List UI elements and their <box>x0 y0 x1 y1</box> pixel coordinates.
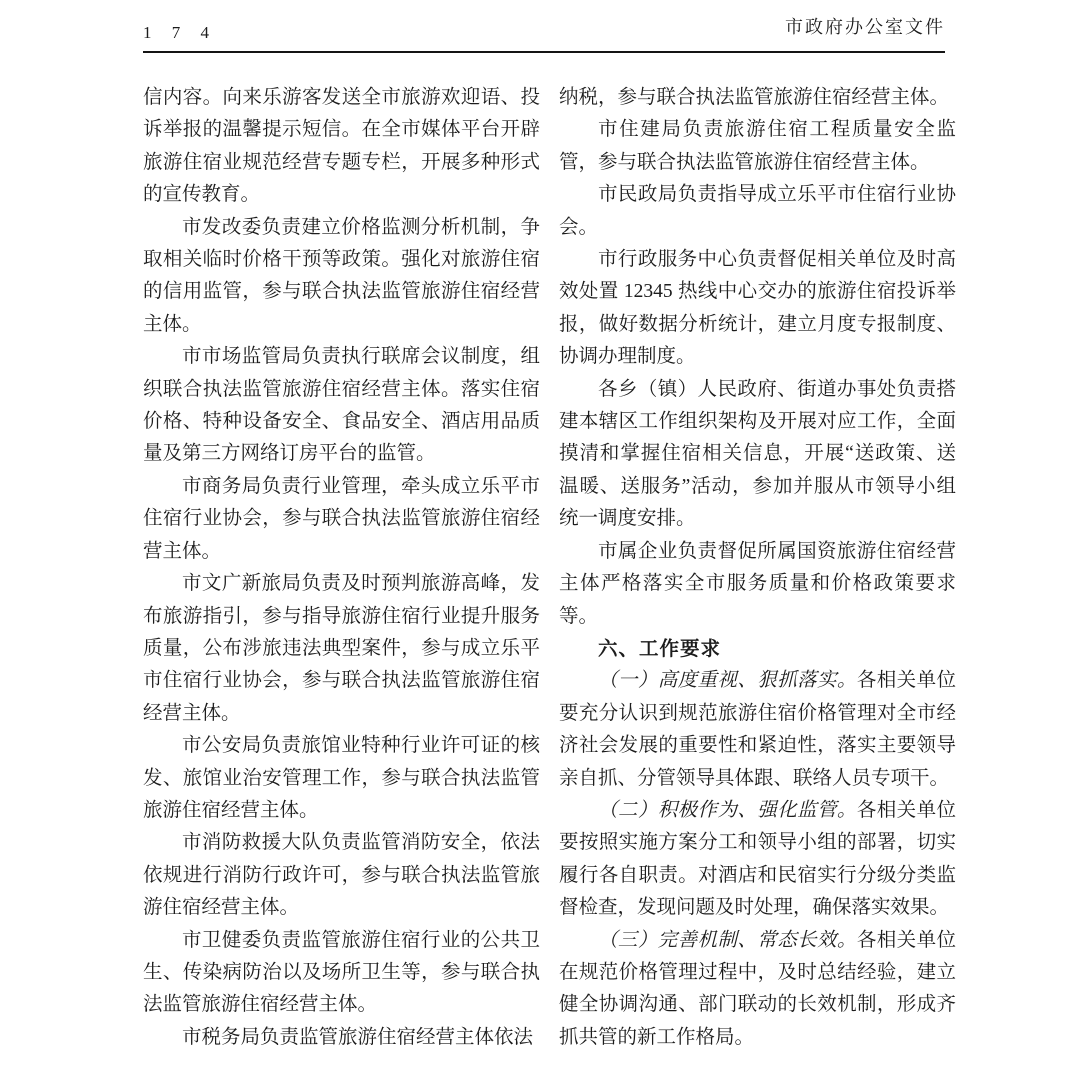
paragraph-requirement-1: （一）高度重视、狠抓落实。各相关单位要充分认识到规范旅游住宿价格管理对全市经济社… <box>559 665 956 795</box>
requirement-2-lead: （二）积极作为、强化监管。 <box>598 800 857 821</box>
paragraph-shangwuju: 市商务局负责行业管理，牵头成立乐平市住宿行业协会，参与联合执法监管旅游住宿经营主… <box>143 471 540 568</box>
page-header: 1 7 4 市政府办公室文件 <box>143 18 945 44</box>
left-column: 信内容。向来乐游客发送全市旅游欢迎语、投诉举报的温馨提示短信。在全市媒体平台开辟… <box>143 82 540 1054</box>
paragraph-requirement-2: （二）积极作为、强化监管。各相关单位要按照实施方案分工和领导小组的部署，切实履行… <box>559 795 956 925</box>
paragraph-gonganju: 市公安局负责旅馆业特种行业许可证的核发、旅馆业治安管理工作，参与联合执法监管旅游… <box>143 730 540 827</box>
paragraph-requirement-3: （三）完善机制、常态长效。各相关单位在规范价格管理过程中，及时总结经验，建立健全… <box>559 925 956 1055</box>
page-number: 1 7 4 <box>143 24 217 44</box>
paragraph-shichangjianguanju: 市市场监管局负责执行联席会议制度，组织联合执法监管旅游住宿经营主体。落实住宿价格… <box>143 341 540 471</box>
paragraph-minzhengju: 市民政局负责指导成立乐平市住宿行业协会。 <box>559 179 956 244</box>
header-rule <box>143 51 945 53</box>
paragraph-shuiwuju-end: 纳税，参与联合执法监管旅游住宿经营主体。 <box>559 82 956 114</box>
paragraph-wenguangxinlvju: 市文广新旅局负责及时预判旅游高峰，发布旅游指引，参与指导旅游住宿行业提升服务质量… <box>143 568 540 730</box>
paragraph-fagaiwei: 市发改委负责建立价格监测分析机制，争取相关临时价格干预等政策。强化对旅游住宿的信… <box>143 212 540 342</box>
paragraph-xiangzhen: 各乡（镇）人民政府、街道办事处负责搭建本辖区工作组织架构及开展对应工作，全面摸清… <box>559 374 956 536</box>
section-heading-work-requirements: 六、工作要求 <box>559 633 956 665</box>
requirement-3-lead: （三）完善机制、常态长效。 <box>598 930 857 951</box>
document-page: 1 7 4 市政府办公室文件 信内容。向来乐游客发送全市旅游欢迎语、投诉举报的温… <box>0 0 1074 1083</box>
paragraph-shuiwuju-start: 市税务局负责监管旅游住宿经营主体依法 <box>143 1022 540 1054</box>
paragraph-zhujianju: 市住建局负责旅游住宿工程质量安全监管，参与联合执法监管旅游住宿经营主体。 <box>559 114 956 179</box>
paragraph-xingzhengfuwuzhongxin: 市行政服务中心负责督促相关单位及时高效处置 12345 热线中心交办的旅游住宿投… <box>559 244 956 374</box>
paragraph-shishuqiye: 市属企业负责督促所属国资旅游住宿经营主体严格落实全市服务质量和价格政策要求等。 <box>559 536 956 633</box>
document-body: 信内容。向来乐游客发送全市旅游欢迎语、投诉举报的温馨提示短信。在全市媒体平台开辟… <box>143 82 956 1054</box>
paragraph-weijianwei: 市卫健委负责监管旅游住宿行业的公共卫生、传染病防治以及场所卫生等，参与联合执法监… <box>143 925 540 1022</box>
paragraph-xiaofangjiuyuan: 市消防救援大队负责监管消防安全，依法依规进行消防行政许可，参与联合执法监管旅游住… <box>143 827 540 924</box>
requirement-1-lead: （一）高度重视、狠抓落实。 <box>598 670 857 691</box>
header-title: 市政府办公室文件 <box>785 18 945 44</box>
right-column: 纳税，参与联合执法监管旅游住宿经营主体。 市住建局负责旅游住宿工程质量安全监管，… <box>559 82 956 1054</box>
paragraph-continuation: 信内容。向来乐游客发送全市旅游欢迎语、投诉举报的温馨提示短信。在全市媒体平台开辟… <box>143 82 540 212</box>
